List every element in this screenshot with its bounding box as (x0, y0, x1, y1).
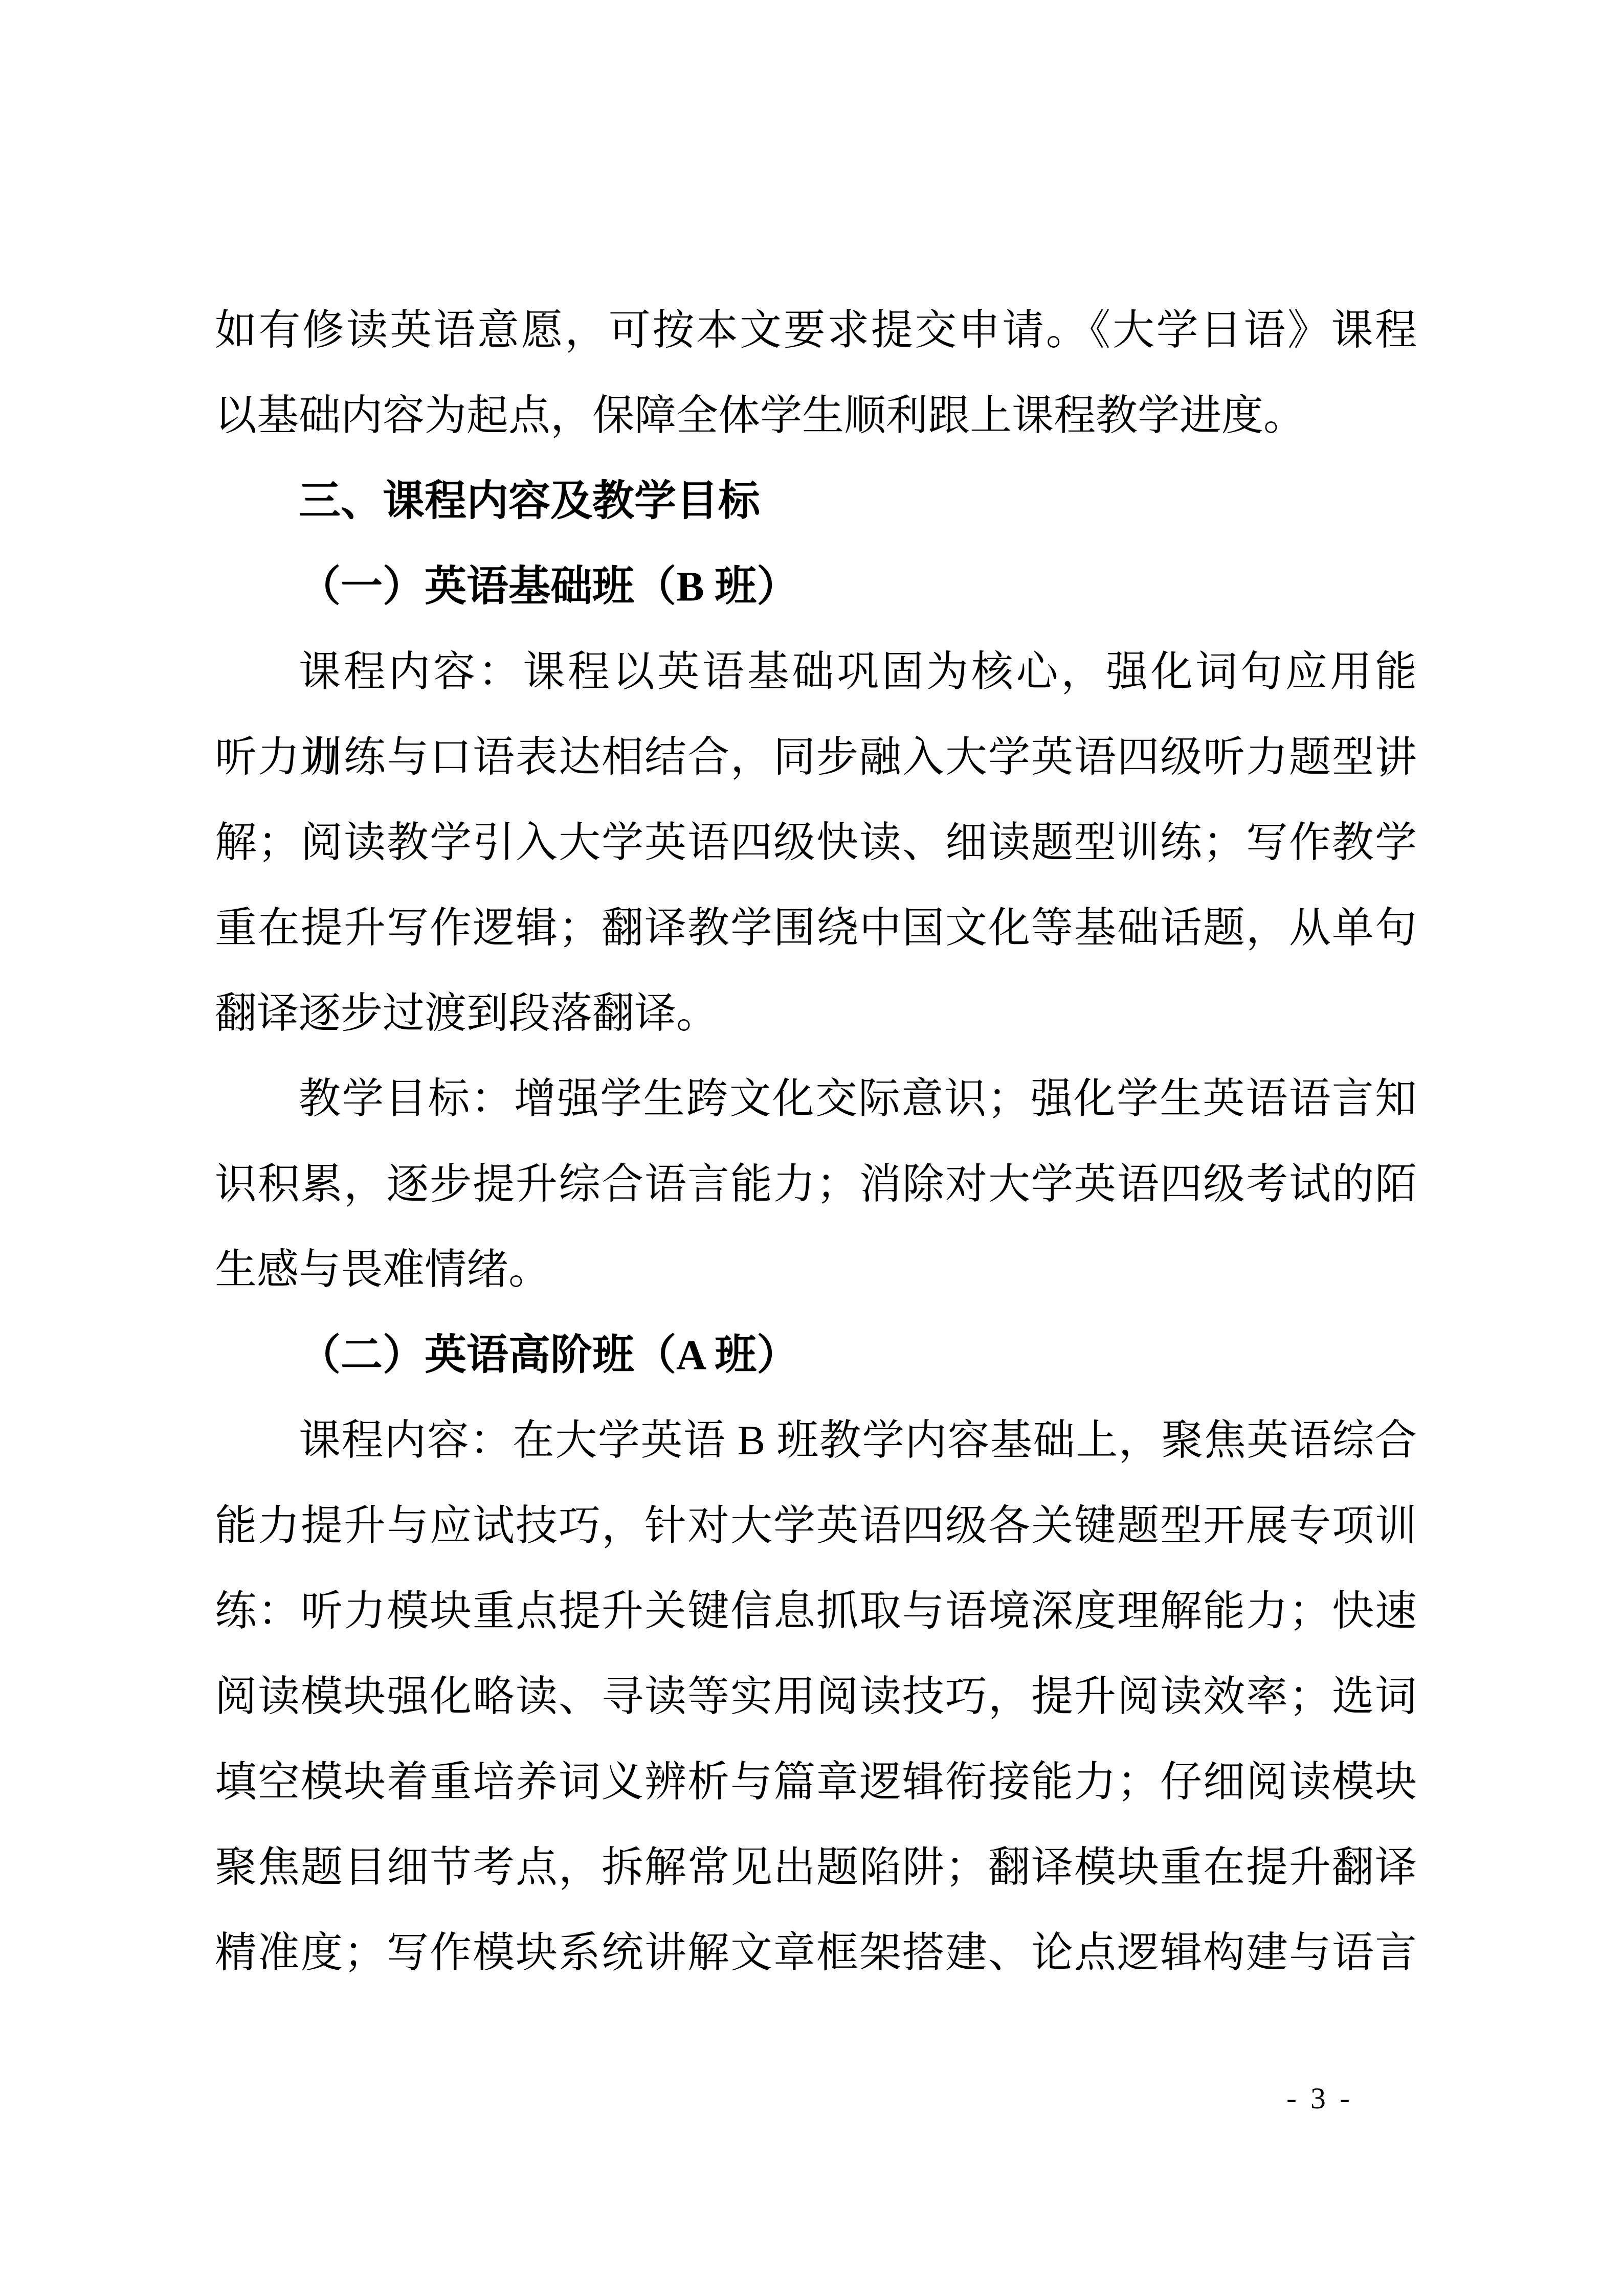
text-line: 解；阅读教学引入大学英语四级快读、细读题型训练；写作教学 (215, 800, 1417, 885)
text-line: 精准度；写作模块系统讲解文章框架搭建、论点逻辑构建与语言 (215, 1910, 1417, 1995)
page-number: - 3 - (1286, 2082, 1353, 2114)
text-line: 听力训练与口语表达相结合，同步融入大学英语四级听力题型讲 (215, 714, 1417, 800)
text-line: 识积累，逐步提升综合语言能力；消除对大学英语四级考试的陌 (215, 1141, 1417, 1227)
text-line: 生感与畏难情绪。 (215, 1227, 1417, 1312)
document-page: 如有修读英语意愿，可按本文要求提交申请。《大学日语》课程 以基础内容为起点，保障… (0, 0, 1624, 2296)
document-body: 如有修读英语意愿，可按本文要求提交申请。《大学日语》课程 以基础内容为起点，保障… (215, 287, 1417, 1995)
text-line: 能力提升与应试技巧，针对大学英语四级各关键题型开展专项训 (215, 1483, 1417, 1568)
text-line: 课程内容：课程以英语基础巩固为核心，强化词句应用能力； (215, 629, 1417, 714)
subsection-heading: （二）英语高阶班（A 班） (215, 1312, 1417, 1398)
text-line: 如有修读英语意愿，可按本文要求提交申请。《大学日语》课程 (215, 287, 1417, 373)
section-heading: 三、课程内容及教学目标 (215, 458, 1417, 544)
text-line: 课程内容：在大学英语 B 班教学内容基础上，聚焦英语综合 (215, 1398, 1417, 1483)
subsection-heading: （一）英语基础班（B 班） (215, 544, 1417, 629)
text-line: 以基础内容为起点，保障全体学生顺利跟上课程教学进度。 (215, 373, 1417, 458)
text-line: 教学目标：增强学生跨文化交际意识；强化学生英语语言知 (215, 1056, 1417, 1141)
text-line: 填空模块着重培养词义辨析与篇章逻辑衔接能力；仔细阅读模块 (215, 1739, 1417, 1825)
text-line: 重在提升写作逻辑；翻译教学围绕中国文化等基础话题，从单句 (215, 885, 1417, 971)
text-line: 翻译逐步过渡到段落翻译。 (215, 971, 1417, 1056)
text-line: 练：听力模块重点提升关键信息抓取与语境深度理解能力；快速 (215, 1568, 1417, 1654)
text-line: 阅读模块强化略读、寻读等实用阅读技巧，提升阅读效率；选词 (215, 1654, 1417, 1739)
text-line: 聚焦题目细节考点，拆解常见出题陷阱；翻译模块重在提升翻译 (215, 1825, 1417, 1910)
